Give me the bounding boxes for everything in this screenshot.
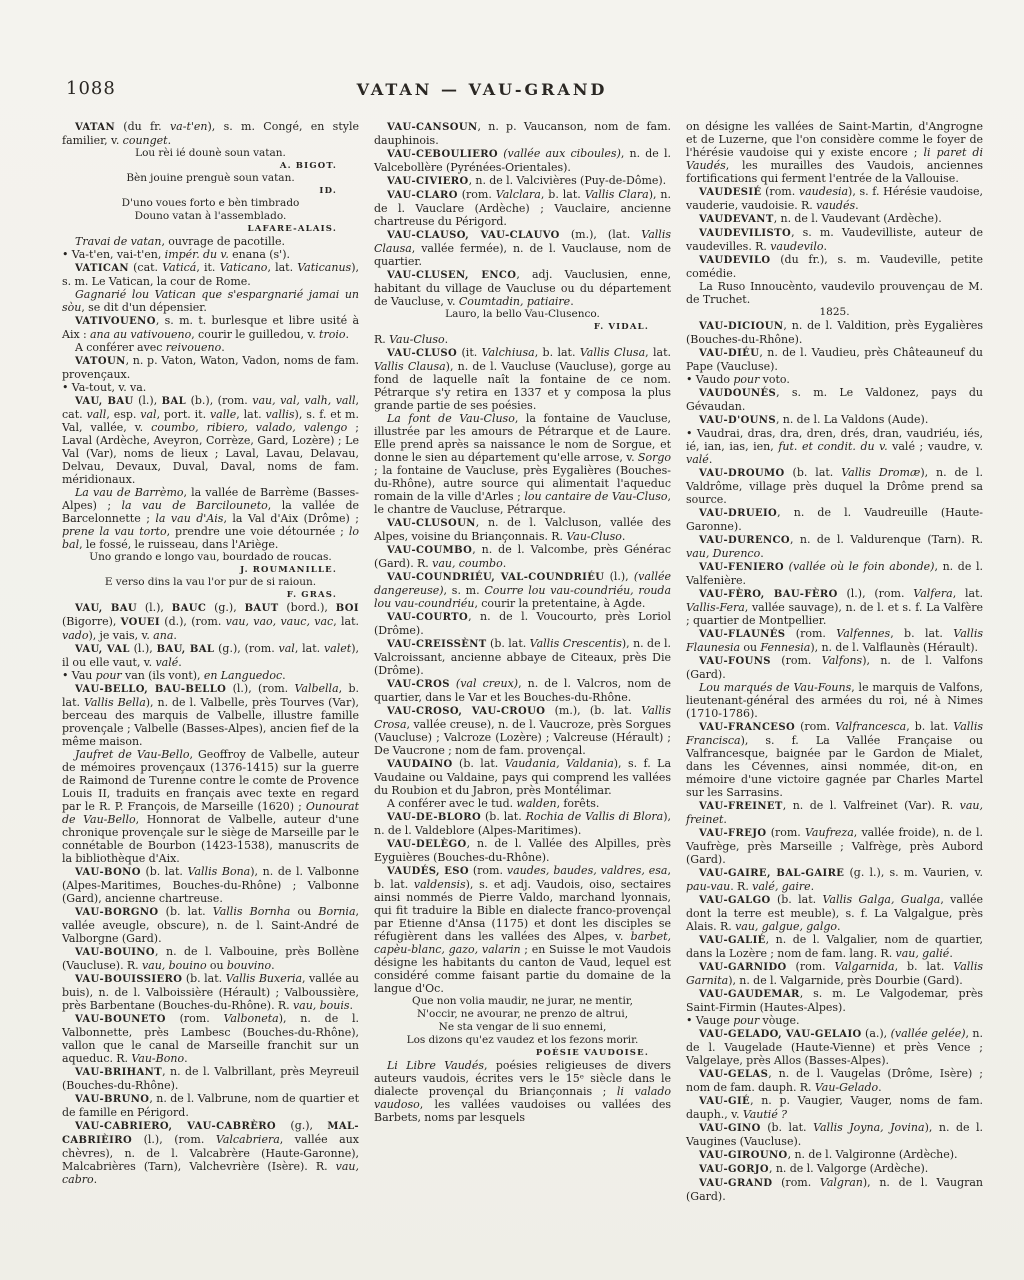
italic-text: en Languedoc bbox=[204, 669, 282, 682]
headword: VAU-GRAND bbox=[699, 1178, 772, 1189]
headword: VAU-CLAUSO, VAU-CLAUVO bbox=[387, 230, 560, 241]
italic-text: vau, coumbo bbox=[432, 557, 503, 570]
text-segment: . bbox=[282, 669, 286, 682]
italic-text: valle bbox=[210, 408, 236, 421]
entry-vau-gie: VAU-GIÉ, n. p. Vaugier, Vauger, noms de … bbox=[686, 1094, 983, 1121]
italic-text: vau, galié bbox=[896, 947, 950, 960]
entry-vau-cabriero: VAU-CABRIERO, VAU-CABRÈRO (g.), MAL-CABR… bbox=[62, 1119, 359, 1186]
headword: BOI bbox=[336, 603, 359, 614]
text-segment: A conférer avec bbox=[75, 341, 166, 354]
entry-vau-bouneto: VAU-BOUNETO (rom. Valboneta), n. de l. V… bbox=[62, 1012, 359, 1065]
headword: VATAN bbox=[75, 122, 115, 133]
headword: VAU-GINO bbox=[699, 1123, 761, 1134]
headword: VAU-DROUMO bbox=[699, 468, 785, 479]
text-segment: enana (s'). bbox=[229, 248, 290, 261]
entry-vau-creissent: VAU-CREISSÈNT (b. lat. Vallis Crescentis… bbox=[374, 637, 671, 677]
italic-text: valdensis bbox=[414, 878, 466, 891]
citation-author: POÉSIE VAUDOISE. bbox=[374, 1047, 671, 1059]
headword: VAU-DIÉU bbox=[699, 348, 759, 359]
entry-vau-galie: VAU-GALIÉ, n. de l. Valgalier, nom de qu… bbox=[686, 933, 983, 960]
text-segment: F. VIDAL. bbox=[594, 322, 649, 332]
italic-text: Valcabriera bbox=[216, 1133, 280, 1146]
text-segment: , s. m. bbox=[444, 584, 485, 597]
text-segment: (rom. bbox=[469, 864, 507, 877]
text-segment: (l.), bbox=[134, 394, 162, 407]
italic-text: (vallée où le foin abonde) bbox=[789, 560, 935, 573]
italic-text: impér. du v. bbox=[165, 248, 229, 261]
text-segment: 1825. bbox=[819, 306, 849, 318]
entry-vatan: VATAN (du fr. va-t'en), s. m. Congé, en … bbox=[62, 120, 359, 147]
text-segment: D'uno voues forto e bèn timbrado bbox=[122, 197, 300, 209]
italic-text: pau-vau bbox=[686, 880, 730, 893]
text-segment: (bord.), bbox=[279, 601, 336, 614]
text-segment: (g.), (rom. bbox=[214, 642, 278, 655]
text-segment: . bbox=[811, 880, 815, 893]
headword: VATIVOUENO bbox=[75, 316, 156, 327]
verse-line: Uno grando e longo vau, bourdado de rouc… bbox=[62, 551, 359, 564]
usage-example: La Ruso Innoucènto, vaudevilo prouvençau… bbox=[686, 280, 983, 306]
text-segment: . bbox=[570, 295, 574, 308]
entry-vau-bono: VAU-BONO (b. lat. Vallis Bona), n. de l.… bbox=[62, 865, 359, 905]
text-segment: . bbox=[760, 547, 764, 560]
italic-text: Fennesia bbox=[760, 641, 810, 654]
text-segment: , ouvrage de pacotille. bbox=[161, 235, 285, 248]
text-segment: (b.), (rom. bbox=[186, 394, 252, 407]
entry-vau-dieu: VAU-DIÉU, n. de l. Vaudieu, près Château… bbox=[686, 346, 983, 373]
text-segment: POÉSIE VAUDOISE. bbox=[536, 1048, 649, 1058]
citation-author: ID. bbox=[62, 185, 359, 197]
text-segment: La Ruso Innoucènto, vaudevilo prouvençau… bbox=[686, 280, 983, 306]
text-segment: (rom. bbox=[166, 1012, 224, 1025]
italic-text: Vaudania, Valdania bbox=[505, 757, 614, 770]
text-segment: (m.), (b. lat. bbox=[545, 704, 641, 717]
headword: VAU-CEBOULIERO bbox=[387, 149, 498, 160]
italic-text: Valfennes bbox=[836, 627, 890, 640]
usage-example: La font de Vau-Cluso, la fontaine de Vau… bbox=[374, 412, 671, 516]
text-segment: , lat. bbox=[236, 408, 265, 421]
entry-vau-bruno: VAU-BRUNO, n. de l. Valbrune, nom de qua… bbox=[62, 1092, 359, 1119]
text-segment: . R. bbox=[730, 880, 752, 893]
entry-vau-grand: VAU-GRAND (rom. Valgran), n. de l. Vaugr… bbox=[686, 1176, 983, 1203]
italic-text: troio bbox=[319, 328, 345, 341]
text-segment: , forêts. bbox=[557, 797, 600, 810]
text-segment: • Vaudo bbox=[686, 373, 733, 386]
citation-date: 1825. bbox=[686, 306, 983, 319]
text-segment: (rom. bbox=[795, 720, 835, 733]
entry-vau-garnido: VAU-GARNIDO (rom. Valgarnida, b. lat. Va… bbox=[686, 960, 983, 987]
text-segment: , prendre une voie détournée ; bbox=[167, 525, 349, 538]
entry-vau-gino: VAU-GINO (b. lat. Vallis Joyna, Jovina),… bbox=[686, 1121, 983, 1148]
text-segment: LAFARE-ALAIS. bbox=[248, 224, 337, 234]
citation-author: J. ROUMANILLE. bbox=[62, 564, 359, 576]
text-segment: N'occir, ne avourar, ne prenzo de altrui… bbox=[417, 1008, 628, 1020]
column-2: VAU-CANSOUN, n. p. Vaucanson, nom de fam… bbox=[374, 120, 671, 1203]
headword: VAU-DELÈGO bbox=[387, 839, 467, 850]
text-segment: , esp. bbox=[106, 408, 140, 421]
text-segment: (rom. bbox=[771, 654, 822, 667]
text-segment: J. ROUMANILLE. bbox=[240, 565, 337, 575]
text-segment: (b. lat. bbox=[487, 637, 530, 650]
text-segment: Que non volia maudir, ne jurar, ne menti… bbox=[412, 995, 633, 1007]
italic-text: valé bbox=[155, 656, 178, 669]
text-segment: , n. de l. Vaudevant (Ardèche). bbox=[774, 212, 942, 225]
text-segment: (b. lat. bbox=[771, 893, 823, 906]
text-segment: valé ; vaudre, v. bbox=[888, 440, 983, 453]
entry-vau-founs: VAU-FOUNS (rom. Valfons), n. de l. Valfo… bbox=[686, 654, 983, 681]
headword: VAU-BELLO, BAU-BELLO bbox=[75, 684, 226, 695]
dictionary-page: 1088 VATAN — VAU-GRAND VATAN (du fr. va-… bbox=[0, 0, 1024, 1280]
entry-vau-bello: VAU-BELLO, BAU-BELLO (l.), (rom. Valbell… bbox=[62, 682, 359, 748]
italic-text: vaudes, baudes, valdres, esa bbox=[507, 864, 668, 877]
text-segment: , lat. bbox=[953, 587, 983, 600]
text-segment: (b. lat. bbox=[481, 810, 525, 823]
italic-text: lou cantaire de Vau-Cluso bbox=[524, 490, 667, 503]
headword: VAU-GELADO, VAU-GELAIO bbox=[699, 1029, 862, 1040]
page-header: 1088 VATAN — VAU-GRAND bbox=[0, 0, 1024, 112]
entry-vau-coumbo: VAU-COUMBO, n. de l. Valcombe, près Géné… bbox=[374, 543, 671, 570]
text-segment: . bbox=[622, 530, 626, 543]
italic-text: Vallis Joyna, Jovina bbox=[813, 1121, 925, 1134]
text-segment: (cat. bbox=[129, 261, 162, 274]
italic-text: Li Libre Vaudés bbox=[387, 1059, 484, 1072]
column-3: on désigne les vallées de Saint-Martin, … bbox=[686, 120, 983, 1203]
italic-text: ana bbox=[153, 629, 173, 642]
entry-vau-dicioun: VAU-DICIOUN, n. de l. Valdition, près Ey… bbox=[686, 319, 983, 346]
entry-vau-feniero: VAU-FENIERO (vallée où le foin abonde), … bbox=[686, 560, 983, 587]
italic-text: (vallée aux ciboules) bbox=[503, 147, 621, 160]
entry-vaudesie: VAUDESIÉ (rom. vaudesia), s. f. Hérésie … bbox=[686, 185, 983, 212]
italic-text: Jaufret de Vau-Bello bbox=[75, 748, 189, 761]
italic-text: val bbox=[279, 642, 295, 655]
text-segment: , b. lat. bbox=[890, 627, 953, 640]
italic-text: Vallis Clusa bbox=[580, 346, 645, 359]
headword: VAU-GARNIDO bbox=[699, 962, 787, 973]
headword: VAU-DRUEIO bbox=[699, 508, 777, 519]
italic-text: Rochia de Vallis di Blora bbox=[526, 810, 664, 823]
italic-text: Vaticano bbox=[220, 261, 268, 274]
italic-text: Vallis Galga, Gualga bbox=[822, 893, 940, 906]
italic-text: vall bbox=[87, 408, 107, 421]
italic-text: Vautié ? bbox=[743, 1108, 787, 1121]
usage-example: Jaufret de Vau-Bello, Geoffroy de Valbel… bbox=[62, 748, 359, 865]
headword: VATOUN bbox=[75, 356, 126, 367]
italic-text: Valboneta bbox=[223, 1012, 278, 1025]
entry-vau-borgno: VAU-BORGNO (b. lat. Vallis Bornha ou Bor… bbox=[62, 905, 359, 945]
text-segment: . bbox=[350, 999, 354, 1012]
headword: VAU-CLARO bbox=[387, 190, 458, 201]
italic-text: Vallis Dromæ bbox=[841, 466, 920, 479]
text-segment: (l.), (rom. bbox=[838, 587, 914, 600]
text-segment: (rom. bbox=[767, 826, 805, 839]
text-segment: . bbox=[878, 1081, 882, 1094]
headword: VOUEI bbox=[121, 617, 160, 628]
entry-vatican: VATICAN (cat. Vaticá, it. Vaticano, lat.… bbox=[62, 261, 359, 288]
text-segment: ), n. de l. Valgarnide, près Dourbie (Ga… bbox=[728, 974, 963, 987]
italic-text: vaudevilo bbox=[770, 240, 823, 253]
text-segment: , lat. bbox=[645, 346, 671, 359]
cross-reference: • Vaudo pour voto. bbox=[686, 373, 983, 386]
headword: VAU, BAU bbox=[75, 396, 134, 407]
entry-vau-gelado: VAU-GELADO, VAU-GELAIO (a.), (vallée gel… bbox=[686, 1027, 983, 1067]
headword: VAU-BOUINO bbox=[75, 947, 155, 958]
italic-text: vau, Durenco bbox=[686, 547, 760, 560]
text-segment: , n. de l. Valfreinet (Var). R. bbox=[783, 799, 960, 812]
verse-line: Los dizons qu'ez vaudez et los fezons mo… bbox=[374, 1034, 671, 1047]
entry-vau-gaire: VAU-GAIRE, BAL-GAIRE (g. l.), s. m. Vaur… bbox=[686, 866, 983, 893]
verse-line: Ne sta vengar de li suo ennemi, bbox=[374, 1021, 671, 1034]
headword: VAU-GIÉ bbox=[699, 1096, 750, 1107]
text-segment: ou bbox=[740, 641, 760, 654]
entry-vau-val: VAU, BAU (l.), BAL (b.), (rom. vau, val,… bbox=[62, 394, 359, 486]
italic-text: Vaufreza bbox=[805, 826, 854, 839]
entry-vau-douns: VAU-D'OUNS, n. de l. La Valdons (Aude). bbox=[686, 413, 983, 427]
italic-text: walden bbox=[516, 797, 556, 810]
headword: VAU-GAUDEMAR bbox=[699, 989, 800, 1000]
text-segment: , lat. bbox=[333, 615, 359, 628]
italic-text: Valbella bbox=[294, 682, 338, 695]
text-segment: A conférer avec le tud. bbox=[387, 797, 516, 810]
entry-vau-cluso: VAU-CLUSO (it. Valchiusa, b. lat. Vallis… bbox=[374, 346, 671, 412]
headword: VAU-GAIRE, BAL-GAIRE bbox=[699, 868, 844, 879]
italic-text: (val creux) bbox=[456, 677, 518, 690]
text-segment: , it. bbox=[196, 261, 219, 274]
text-segment: Douno vatan à l'assemblado. bbox=[135, 210, 287, 222]
citation-author: A. BIGOT. bbox=[62, 160, 359, 172]
headword: VAUDEVILO bbox=[699, 255, 771, 266]
headword: VAU-COUNDRIÉU, VAL-COUNDRIÉU bbox=[387, 572, 604, 583]
text-segment: van (ils vont), bbox=[122, 669, 204, 682]
headword: VAU-D'OUNS bbox=[699, 415, 776, 426]
italic-text: Travai de vatan bbox=[75, 235, 161, 248]
entry-vau-galgo: VAU-GALGO (b. lat. Vallis Galga, Gualga,… bbox=[686, 893, 983, 933]
continuation-text: on désigne les vallées de Saint-Martin, … bbox=[686, 120, 983, 185]
italic-text: Bornia bbox=[318, 905, 355, 918]
entry-vau-frejo: VAU-FREJO (rom. Vaufreza, vallée froide)… bbox=[686, 826, 983, 866]
italic-text: la vau de Barcilouneto bbox=[122, 499, 268, 512]
headword: VAU-CLUSO bbox=[387, 348, 457, 359]
italic-text: pour bbox=[733, 1014, 759, 1027]
text-segment: (rom. bbox=[785, 627, 836, 640]
headword: VAUDAINO bbox=[387, 759, 453, 770]
text-segment: , lat. bbox=[295, 642, 324, 655]
entry-vaudevilisto: VAUDEVILISTO, s. m. Vaudevilliste, auteu… bbox=[686, 226, 983, 253]
headword: VAU-FOUNS bbox=[699, 656, 771, 667]
entry-vau-courto: VAU-COURTO, n. de l. Voucourto, près Lor… bbox=[374, 610, 671, 637]
text-segment: (du fr. bbox=[115, 120, 170, 133]
italic-text: reivoueno bbox=[166, 341, 221, 354]
text-segment: (a.), bbox=[862, 1027, 891, 1040]
headword: VAUDEVANT bbox=[699, 214, 774, 225]
entry-vau-cros: VAU-CROS (val creux), n. de l. Valcros, … bbox=[374, 677, 671, 704]
text-segment: ), n. de l. Valflaunès (Hérault). bbox=[810, 641, 978, 654]
headword: VAU-BORGNO bbox=[75, 907, 159, 918]
italic-text: ana au vativoueno bbox=[90, 328, 191, 341]
entry-vau-flaunes: VAU-FLAUNÉS (rom. Valfennes, b. lat. Val… bbox=[686, 627, 983, 654]
text-segment: (l.), bbox=[137, 601, 172, 614]
entry-vatoun: VATOUN, n. p. Vaton, Waton, Vadon, noms … bbox=[62, 354, 359, 381]
entry-vaudevant: VAUDEVANT, n. de l. Vaudevant (Ardèche). bbox=[686, 212, 983, 226]
headword: VAUDESIÉ bbox=[699, 187, 761, 198]
italic-text: Valclara bbox=[496, 188, 541, 201]
italic-text: val bbox=[140, 408, 156, 421]
usage-example: Li Libre Vaudés, poésies religieuses de … bbox=[374, 1059, 671, 1124]
headword: VAU-FRANCESO bbox=[699, 722, 795, 733]
italic-text: (vallée gelée) bbox=[891, 1027, 966, 1040]
text-segment: (b. lat. bbox=[761, 1121, 813, 1134]
entry-vau-je-vais: VAU, BAU (l.), BAUC (g.), BAUT (bord.), … bbox=[62, 601, 359, 642]
text-segment: Ne sta vengar de li suo ennemi, bbox=[439, 1021, 607, 1033]
italic-text: fut. et condit. du v. bbox=[778, 440, 887, 453]
headword: VAU-BOUNETO bbox=[75, 1014, 166, 1025]
text-segment: , vallée creuse), n. de l. Vaucroze, prè… bbox=[374, 718, 671, 757]
text-segment: (d.), (rom. bbox=[160, 615, 226, 628]
entry-vativoueno: VATIVOUENO, s. m. t. burlesque et libre … bbox=[62, 314, 359, 341]
italic-text: pour bbox=[733, 373, 759, 386]
usage-example: Travai de vatan, ouvrage de pacotille. bbox=[62, 235, 359, 248]
headword: VAU-FENIERO bbox=[699, 562, 784, 573]
text-segment: (b. lat. bbox=[785, 466, 842, 479]
italic-text: Vallis Clara bbox=[585, 188, 649, 201]
entry-vaudes: VAUDÉS, ESO (rom. vaudes, baudes, valdre… bbox=[374, 864, 671, 995]
italic-text: Valfera bbox=[913, 587, 952, 600]
text-segment: , n. de l. Valcivières (Puy-de-Dôme). bbox=[469, 174, 667, 187]
headword: VAU-FÈRO, BAU-FÈRO bbox=[699, 589, 838, 600]
text-segment: . bbox=[178, 656, 182, 669]
cross-reference: • Vau pour van (ils vont), en Languedoc. bbox=[62, 669, 359, 682]
text-segment: (m.), (lat. bbox=[560, 228, 642, 241]
italic-text: Sorgo bbox=[638, 451, 671, 464]
italic-text: Vallis Buxeria bbox=[226, 972, 302, 985]
headword: VAU-FLAUNÉS bbox=[699, 629, 785, 640]
headword: VAU-DURENCO bbox=[699, 535, 790, 546]
text-segment: (Bigorre), bbox=[62, 615, 121, 628]
entry-vau-franceso: VAU-FRANCESO (rom. Valfrancesca, b. lat.… bbox=[686, 720, 983, 799]
text-segment: , le fossé, le ruisseau, dans l'Ariège. bbox=[79, 538, 278, 551]
headword: BAUT bbox=[245, 603, 279, 614]
text-segment: (b. lat. bbox=[141, 865, 188, 878]
italic-text: Valgarnida bbox=[835, 960, 895, 973]
text-segment: , n. de l. Valdurenque (Tarn). R. bbox=[790, 533, 983, 546]
text-segment: . bbox=[949, 947, 953, 960]
italic-text: Vallis Clausa bbox=[374, 360, 446, 373]
text-segment: . bbox=[445, 333, 449, 346]
headword: VAU-GORJO bbox=[699, 1164, 769, 1175]
italic-text: Vallis Crescentis bbox=[530, 637, 622, 650]
etymology-note: R. Vau-Cluso. bbox=[374, 333, 671, 346]
text-segment: ), je vais, v. bbox=[88, 629, 153, 642]
entry-vau-de-bloro: VAU-DE-BLORO (b. lat. Rochia de Vallis d… bbox=[374, 810, 671, 837]
text-segment: , b. lat. bbox=[541, 188, 585, 201]
text-segment: Bèn jouine prenguè soun vatan. bbox=[126, 172, 294, 184]
headword: VAUDÉS, ESO bbox=[387, 866, 469, 877]
verse-line: Lou rèi ié dounè soun vatan. bbox=[62, 147, 359, 160]
citation-author: F. GRAS. bbox=[62, 589, 359, 601]
text-segment: • Va-t'en, vai-t'en, bbox=[62, 248, 165, 261]
text-segment: (b. lat. bbox=[182, 972, 225, 985]
text-segment: ou bbox=[207, 959, 227, 972]
text-segment: (it. bbox=[457, 346, 481, 359]
headword: VAU-CANSOUN bbox=[387, 122, 478, 133]
italic-text: valet bbox=[324, 642, 351, 655]
headword: VAU-FREJO bbox=[699, 828, 767, 839]
entry-vau-croso: VAU-CROSO, VAU-CROUO (m.), (b. lat. Vall… bbox=[374, 704, 671, 757]
entry-vau-durenco: VAU-DURENCO, n. de l. Valdurenque (Tarn)… bbox=[686, 533, 983, 560]
headword: VAU-CREISSÈNT bbox=[387, 639, 487, 650]
entry-vau-clusoun: VAU-CLUSOUN, n. de l. Valcluson, vallée … bbox=[374, 516, 671, 543]
text-segment: , n. de l. La Valdons (Aude). bbox=[776, 413, 928, 426]
text-segment: . bbox=[173, 629, 177, 642]
headword: VAU-CIVIERO bbox=[387, 176, 469, 187]
text-segment: (g. l.), s. m. Vaurien, v. bbox=[844, 866, 983, 879]
text-segment: ID. bbox=[319, 186, 337, 196]
entry-vau-drueio: VAU-DRUEIO, n. de l. Vaudreuille (Haute-… bbox=[686, 506, 983, 533]
italic-text: vau, bouino bbox=[142, 959, 207, 972]
entry-vau-clauso: VAU-CLAUSO, VAU-CLAUVO (m.), (lat. Valli… bbox=[374, 228, 671, 268]
usage-example: La vau de Barrèmo, la vallée de Barrème … bbox=[62, 486, 359, 551]
italic-text: vau, vao, vauc, vac bbox=[226, 615, 334, 628]
italic-text: prene la vau torto bbox=[62, 525, 167, 538]
entry-vau-coundrieu: VAU-COUNDRIÉU, VAL-COUNDRIÉU (l.), (vall… bbox=[374, 570, 671, 610]
text-columns: VATAN (du fr. va-t'en), s. m. Congé, en … bbox=[62, 120, 996, 1203]
entry-vau-freinet: VAU-FREINET, n. de l. Valfreinet (Var). … bbox=[686, 799, 983, 826]
running-head: VATAN — VAU-GRAND bbox=[0, 80, 964, 99]
text-segment: , b. lat. bbox=[535, 346, 580, 359]
text-segment: E verso dins la vau l'or pur de si raiou… bbox=[105, 576, 316, 588]
text-segment: , b. lat. bbox=[906, 720, 953, 733]
headword: VAUDEVILISTO bbox=[699, 228, 791, 239]
text-segment: . bbox=[271, 959, 275, 972]
text-segment: . bbox=[823, 240, 827, 253]
text-segment: (g.), bbox=[206, 601, 244, 614]
headword: VAU-BOUISSIERO bbox=[75, 974, 182, 985]
italic-text: Valgran bbox=[820, 1176, 863, 1189]
italic-text: Vaticá bbox=[162, 261, 196, 274]
text-segment: , se dit d'un dépensier. bbox=[81, 301, 206, 314]
text-segment: , port. it. bbox=[157, 408, 210, 421]
text-segment: , n. de l. Valgorge (Ardèche). bbox=[769, 1162, 928, 1175]
italic-text: vau, galgue, galgo bbox=[735, 920, 837, 933]
text-segment: ou bbox=[290, 905, 318, 918]
headword: VAU-BRIHANT bbox=[75, 1067, 162, 1078]
italic-text: vaudesia bbox=[799, 185, 848, 198]
text-segment: Uno grando e longo vau, bourdado de rouc… bbox=[89, 551, 331, 563]
italic-text: pour bbox=[96, 669, 122, 682]
headword: BAUC bbox=[172, 603, 207, 614]
entry-vau-droumo: VAU-DROUMO (b. lat. Vallis Dromæ), n. de… bbox=[686, 466, 983, 506]
entry-vaudevilo: VAUDEVILO (du fr.), s. m. Vaudeville, pe… bbox=[686, 253, 983, 280]
headword: VAU, VAL bbox=[75, 644, 130, 655]
verse-line: Lauro, la bello Vau-Clusenco. bbox=[374, 308, 671, 321]
text-segment: . bbox=[168, 134, 172, 147]
headword: VATICAN bbox=[75, 263, 129, 274]
text-segment: (rom. bbox=[787, 960, 835, 973]
headword: VAU-CLUSEN, ENCO bbox=[387, 270, 516, 281]
headword: VAU-DICIOUN bbox=[699, 321, 783, 332]
italic-text: la vau d'Ais bbox=[155, 512, 223, 525]
citation-author: F. VIDAL. bbox=[374, 321, 671, 333]
headword: VAU-COURTO bbox=[387, 612, 468, 623]
italic-text: Vallis-Fera bbox=[686, 601, 745, 614]
headword: VAU-GALIÉ bbox=[699, 935, 766, 946]
entry-vau-bouissiero: VAU-BOUISSIERO (b. lat. Vallis Buxeria, … bbox=[62, 972, 359, 1012]
cross-reference: • Va-tout, v. va. bbox=[62, 381, 359, 394]
headword: VAUDOUNÉS bbox=[699, 388, 776, 399]
text-segment: . bbox=[94, 1173, 98, 1186]
text-segment: R. bbox=[374, 333, 389, 346]
usage-example: Lou marqués de Vau-Founs, le marquis de … bbox=[686, 681, 983, 720]
cross-reference: • Vauge pour vòuge. bbox=[686, 1014, 983, 1027]
italic-text: Vau-Bono bbox=[131, 1052, 184, 1065]
